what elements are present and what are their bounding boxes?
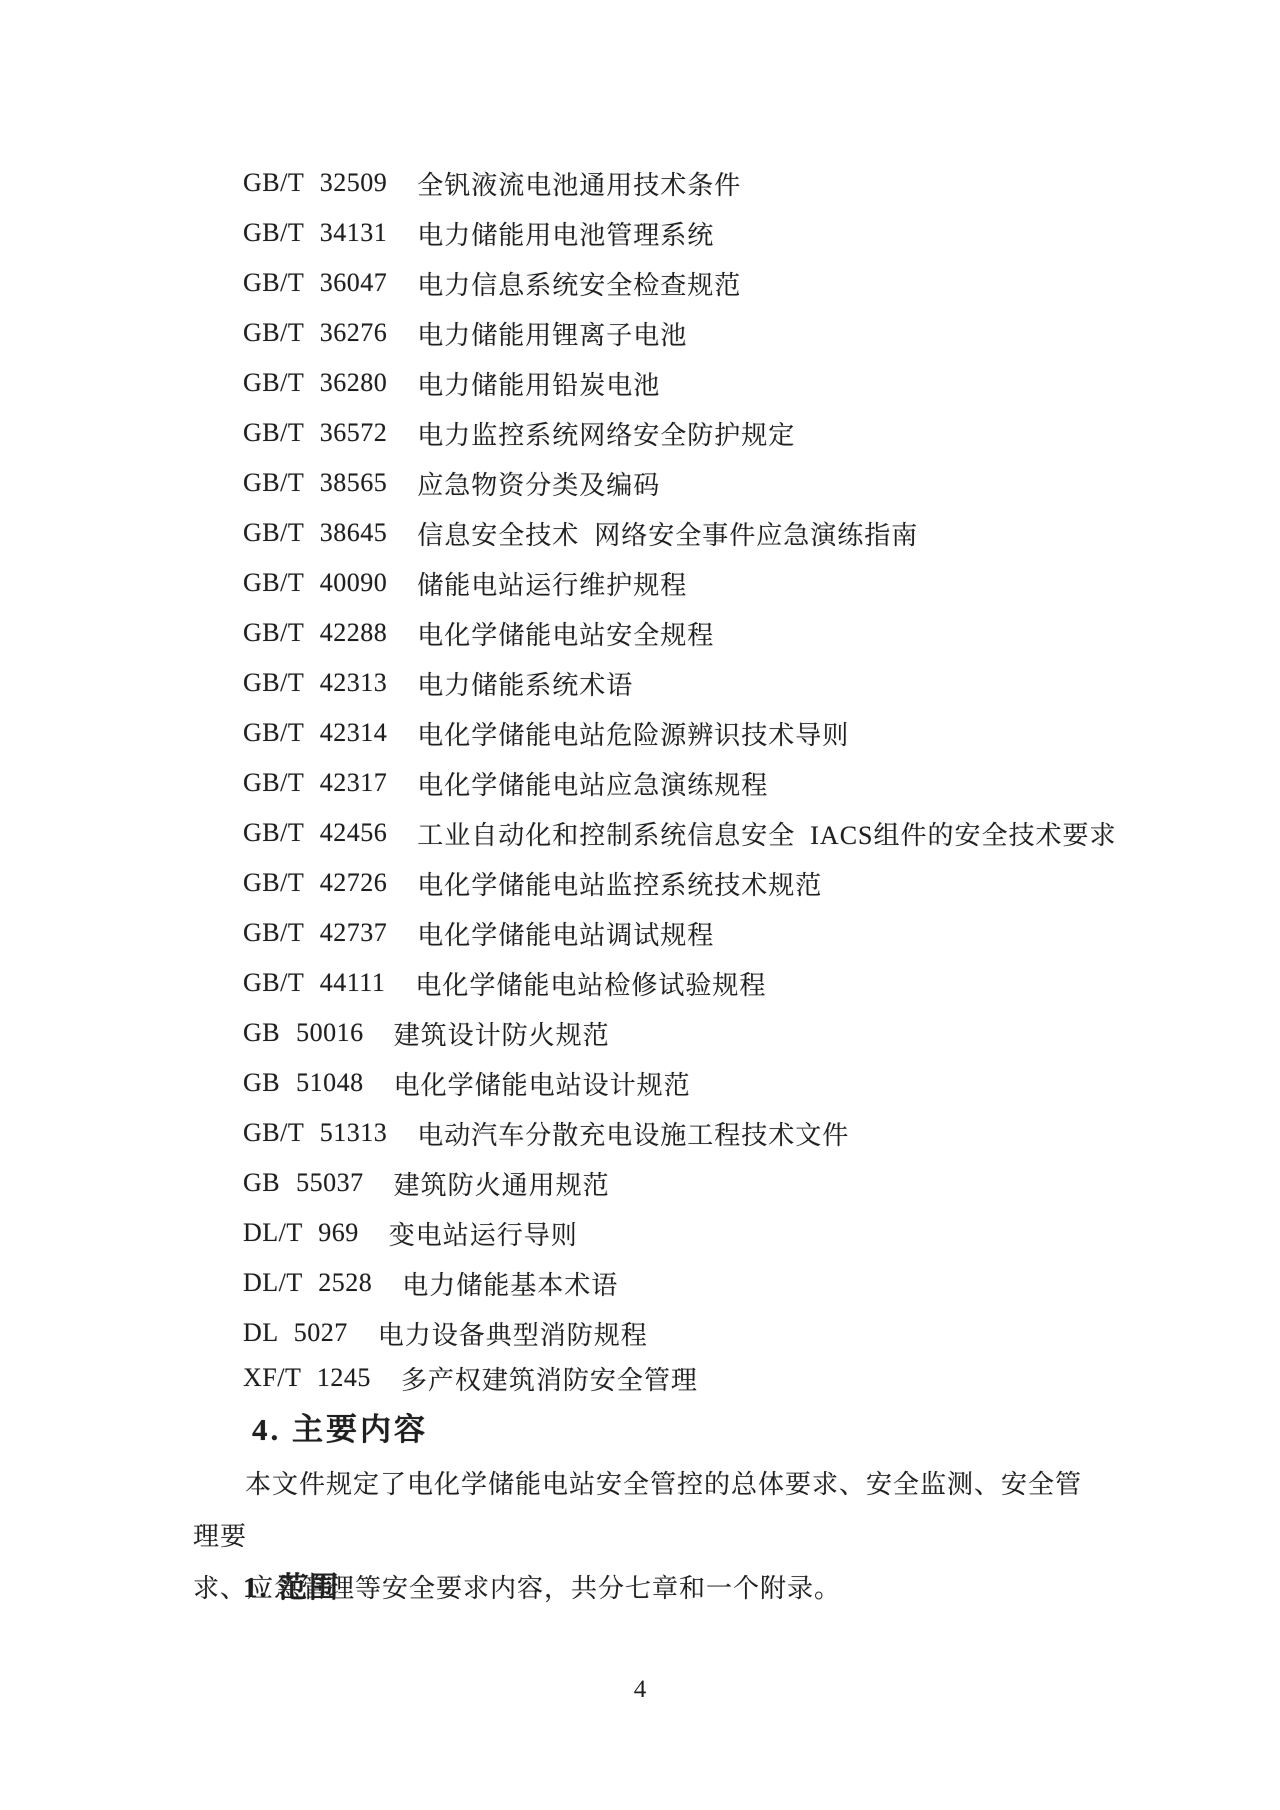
standard-code: GB/T 42313 xyxy=(243,668,387,698)
standard-title: 变电站运行导则 xyxy=(389,1215,578,1252)
standard-title: 电化学储能电站检修试验规程 xyxy=(415,965,766,1002)
standard-row: GB/T 36572 电力监控系统网络安全防护规定 xyxy=(243,408,1117,458)
standard-title: 电力储能系统术语 xyxy=(417,665,633,702)
standard-code: DL/T 2528 xyxy=(243,1268,372,1298)
standard-row: GB/T 38565 应急物资分类及编码 xyxy=(243,458,1117,508)
standard-title: 电化学储能电站设计规范 xyxy=(394,1065,691,1102)
standard-row: GB 50016 建筑设计防火规范 xyxy=(243,1008,1117,1058)
standard-code: GB/T 42288 xyxy=(243,618,387,648)
standard-title: 储能电站运行维护规程 xyxy=(417,565,687,602)
standard-row: GB/T 40090 储能电站运行维护规程 xyxy=(243,558,1117,608)
paragraph-line: 本文件规定了电化学储能电站安全管控的总体要求、安全监测、安全管理要 xyxy=(193,1459,1093,1563)
standard-code: GB/T 44111 xyxy=(243,968,385,998)
standard-title: 电力储能用锂离子电池 xyxy=(417,315,687,352)
standard-code: GB/T 36572 xyxy=(243,418,387,448)
standard-code: GB/T 38565 xyxy=(243,468,387,498)
standard-code: GB/T 51313 xyxy=(243,1118,387,1148)
standard-code: GB/T 34131 xyxy=(243,218,387,248)
standard-code: DL/T 969 xyxy=(243,1218,359,1248)
standard-title: 电化学储能电站安全规程 xyxy=(417,615,714,652)
standard-code: GB 50016 xyxy=(243,1018,364,1048)
standard-title: 电化学储能电站应急演练规程 xyxy=(417,765,768,802)
standard-code: GB/T 32509 xyxy=(243,168,387,198)
standard-row: GB/T 42317 电化学储能电站应急演练规程 xyxy=(243,758,1117,808)
standard-code: GB 51048 xyxy=(243,1068,364,1098)
standard-title: 电化学储能电站危险源辨识技术导则 xyxy=(417,715,849,752)
standard-title: 电力信息系统安全检查规范 xyxy=(417,265,741,302)
standard-title: 信息安全技术 网络安全事件应急演练指南 xyxy=(417,515,918,552)
standard-code: GB/T 36276 xyxy=(243,318,387,348)
standard-row: GB/T 36047 电力信息系统安全检查规范 xyxy=(243,258,1117,308)
standard-title: 电力储能用铅炭电池 xyxy=(417,365,660,402)
standard-code: GB/T 36047 xyxy=(243,268,387,298)
standard-code: GB/T 42317 xyxy=(243,768,387,798)
standard-title: 电动汽车分散充电设施工程技术文件 xyxy=(417,1115,849,1152)
standard-code: GB/T 42737 xyxy=(243,918,387,948)
standard-code: GB/T 42314 xyxy=(243,718,387,748)
standard-row: GB/T 32509 全钒液流电池通用技术条件 xyxy=(243,158,1117,208)
standard-title: 电化学储能电站调试规程 xyxy=(417,915,714,952)
document-page: GB/T 32509 全钒液流电池通用技术条件 GB/T 34131 电力储能用… xyxy=(0,0,1280,1810)
standard-code: DL 5027 xyxy=(243,1318,348,1348)
standard-title: 应急物资分类及编码 xyxy=(417,465,660,502)
standard-row: DL/T 969 变电站运行导则 xyxy=(243,1208,1117,1258)
standard-title: 建筑防火通用规范 xyxy=(394,1165,610,1202)
standard-title: 电化学储能电站监控系统技术规范 xyxy=(417,865,822,902)
standards-list: GB/T 32509 全钒液流电池通用技术条件 GB/T 34131 电力储能用… xyxy=(243,158,1117,1398)
standard-row: GB/T 36280 电力储能用铅炭电池 xyxy=(243,358,1117,408)
standard-row: GB/T 34131 电力储能用电池管理系统 xyxy=(243,208,1117,258)
standard-row: GB/T 36276 电力储能用锂离子电池 xyxy=(243,308,1117,358)
standard-row: GB 51048 电化学储能电站设计规范 xyxy=(243,1058,1117,1108)
standard-title: 建筑设计防火规范 xyxy=(394,1015,610,1052)
standard-code: GB/T 36280 xyxy=(243,368,387,398)
standard-code: GB/T 38645 xyxy=(243,518,387,548)
standard-row: XF/T 1245 多产权建筑消防安全管理 xyxy=(243,1358,1117,1398)
standard-code: GB 55037 xyxy=(243,1168,364,1198)
standard-title: 多产权建筑消防安全管理 xyxy=(401,1360,698,1397)
standard-row: DL/T 2528 电力储能基本术语 xyxy=(243,1258,1117,1308)
standard-row: GB/T 42737 电化学储能电站调试规程 xyxy=(243,908,1117,958)
standard-row: GB/T 42726 电化学储能电站监控系统技术规范 xyxy=(243,858,1117,908)
standard-code: GB/T 40090 xyxy=(243,568,387,598)
standard-row: GB/T 38645 信息安全技术 网络安全事件应急演练指南 xyxy=(243,508,1117,558)
standard-title: 工业自动化和控制系统信息安全 IACS组件的安全技术要求 xyxy=(417,815,1116,852)
standard-row: GB 55037 建筑防火通用规范 xyxy=(243,1158,1117,1208)
main-content-heading: 4. 主要内容 xyxy=(252,1407,428,1453)
standard-row: DL 5027 电力设备典型消防规程 xyxy=(243,1308,1117,1358)
standard-title: 电力储能基本术语 xyxy=(402,1265,618,1302)
standard-row: GB/T 42313 电力储能系统术语 xyxy=(243,658,1117,708)
standard-title: 全钒液流电池通用技术条件 xyxy=(417,165,741,202)
page-number: 4 xyxy=(0,1675,1280,1705)
standard-code: GB/T 42456 xyxy=(243,818,387,848)
standard-code: XF/T 1245 xyxy=(243,1363,371,1393)
standard-row: GB/T 51313 电动汽车分散充电设施工程技术文件 xyxy=(243,1108,1117,1158)
standard-row: GB/T 44111 电化学储能电站检修试验规程 xyxy=(243,958,1117,1008)
standard-row: GB/T 42288 电化学储能电站安全规程 xyxy=(243,608,1117,658)
standard-code: GB/T 42726 xyxy=(243,868,387,898)
standard-title: 电力设备典型消防规程 xyxy=(378,1315,648,1352)
standard-title: 电力储能用电池管理系统 xyxy=(417,215,714,252)
standard-row: GB/T 42314 电化学储能电站危险源辨识技术导则 xyxy=(243,708,1117,758)
scope-heading: 1. 范围 xyxy=(243,1568,340,1608)
standard-title: 电力监控系统网络安全防护规定 xyxy=(417,415,795,452)
standard-row: GB/T 42456 工业自动化和控制系统信息安全 IACS组件的安全技术要求 xyxy=(243,808,1117,858)
